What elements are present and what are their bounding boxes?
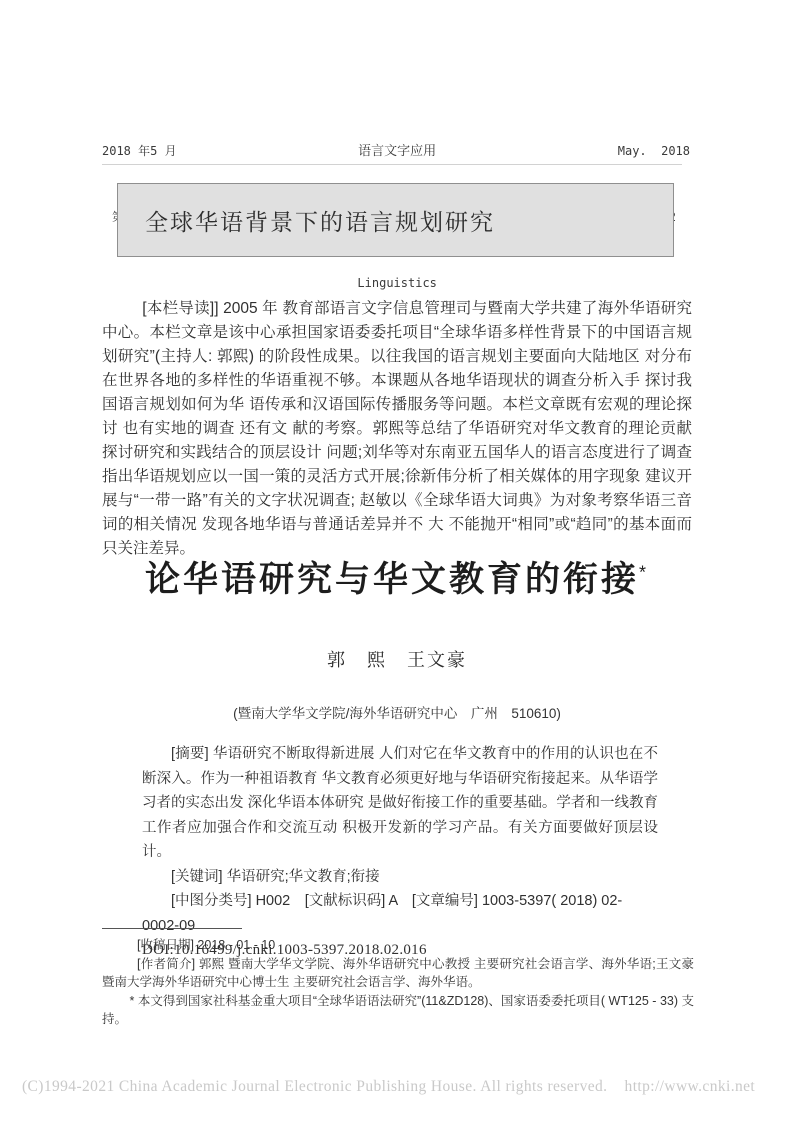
column-title: 全球华语背景下的语言规划研究: [145, 204, 495, 237]
journal-title-cn: 语言文字应用: [357, 140, 436, 162]
cnki-watermark: (C)1994-2021 China Academic Journal Elec…: [22, 1078, 755, 1096]
header-date-en: May. 2018: [618, 140, 690, 162]
column-title-box: 全球华语背景下的语言规划研究: [117, 183, 674, 257]
article-title-footnote-mark: *: [639, 562, 649, 582]
article-title-text: 论华语研究与华文教育的衔接: [145, 560, 639, 599]
article-authors: 郭 熙 王文豪: [102, 646, 692, 672]
footnote-author-bio: [作者简介] 郭熙 暨南大学华文学院、海外华语研究中心教授 主要研究社会语言学、…: [102, 955, 694, 992]
journal-page: 2018 年5 月 第 2 期 语言文字应用 Applied Linguisti…: [0, 0, 794, 1123]
keywords-line: [关键词] 华语研究;华文教育;衔接: [142, 865, 658, 890]
article-affiliation: (暨南大学华文学院/海外华语研究中心 广州 510610): [102, 702, 692, 722]
footnote-funding: * 本文得到国家社科基金重大项目“全球华语语法研究”(11&ZD128)、国家语…: [102, 992, 694, 1029]
article-title: 论华语研究与华文教育的衔接*: [102, 552, 692, 602]
header-date-cn: 2018 年5 月: [102, 140, 177, 162]
footnote-divider: [102, 928, 242, 929]
journal-title-en-line2: Linguistics: [357, 272, 436, 294]
footnote-received-date: [收稿日期] 2018 - 01 - 10: [102, 936, 694, 955]
abstract-paragraph: [摘要] 华语研究不断取得新进展 人们对它在华文教育中的作用的认识也在不 断深入…: [142, 742, 658, 865]
header-divider: [102, 164, 682, 165]
footnotes-section: [收稿日期] 2018 - 01 - 10 [作者简介] 郭熙 暨南大学华文学院…: [102, 928, 694, 1029]
column-intro-paragraph: [本栏导读]] 2005 年 教育部语言文字信息管理司与暨南大学共建了海外华语研…: [102, 297, 692, 561]
